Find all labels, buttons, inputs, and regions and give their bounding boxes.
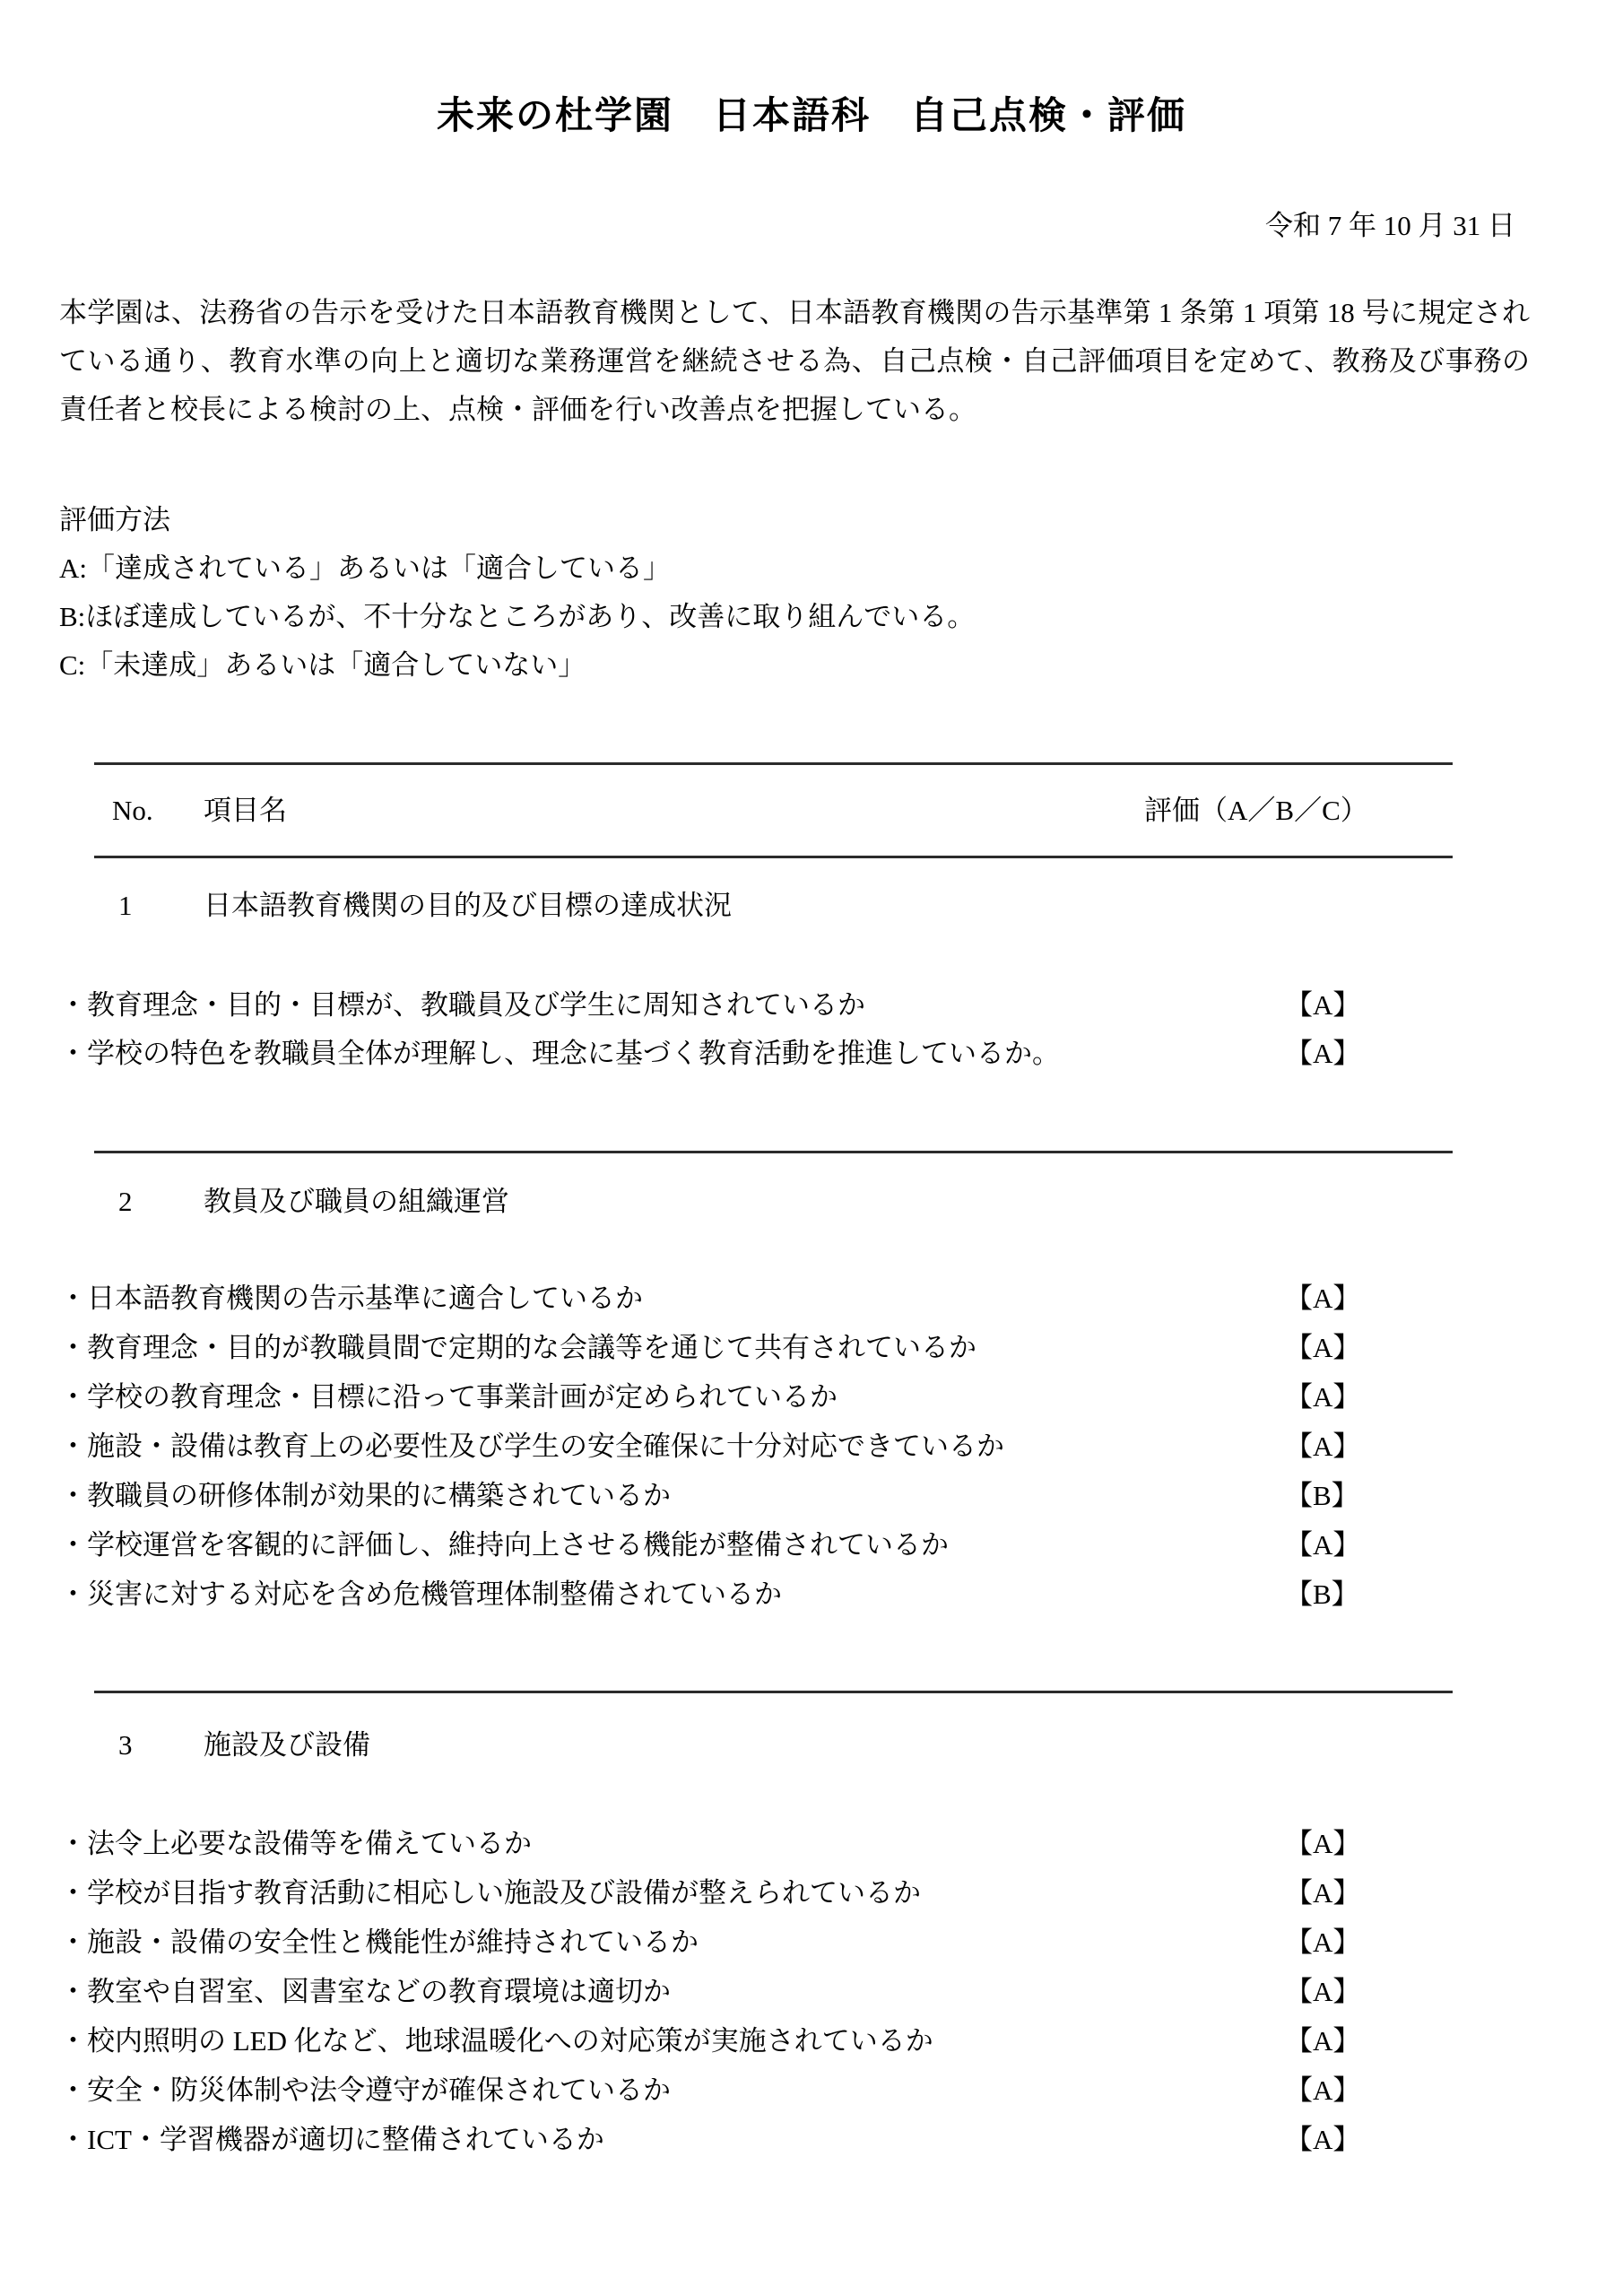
item-text: ・教育理念・目的・目標が、教職員及び学生に周知されているか <box>59 981 865 1030</box>
item-text: ・校内照明の LED 化など、地球温暖化への対応策が実施されているか <box>59 2017 933 2066</box>
item-rating: 【A】 <box>1285 981 1360 1030</box>
checklist-item-row: ・校内照明の LED 化など、地球温暖化への対応策が実施されているか 【A】 <box>0 2017 1623 2066</box>
col-no-label: No. <box>112 787 153 835</box>
checklist-item-row: ・学校の特色を教職員全体が理解し、理念に基づく教育活動を推進しているか。 【A】 <box>0 1030 1623 1078</box>
item-rating: 【A】 <box>1285 2017 1360 2066</box>
evaluation-method-line-b: B:ほぼ達成しているが、不十分なところがあり、改善に取り組んでいる。 <box>59 593 975 641</box>
section-row-3: 3 施設及び設備 <box>0 1721 1623 1770</box>
table-header-rule <box>94 856 1453 858</box>
checklist-item-row: ・教室や自習室、図書室などの教育環境は適切か 【A】 <box>0 1968 1623 2016</box>
section-divider-rule <box>94 1691 1453 1693</box>
section-no: 2 <box>118 1178 133 1226</box>
item-text: ・学校の教育理念・目標に沿って事業計画が定められているか <box>59 1373 838 1422</box>
checklist-item-row: ・教育理念・目的が教職員間で定期的な会議等を通じて共有されているか 【A】 <box>0 1324 1623 1372</box>
section-row-2: 2 教員及び職員の組織運営 <box>0 1178 1623 1226</box>
item-text: ・災害に対する対応を含め危機管理体制整備されているか <box>59 1570 782 1619</box>
checklist-item-row: ・日本語教育機関の告示基準に適合しているか 【A】 <box>0 1274 1623 1323</box>
document-page: 未来の杜学園 日本語科 自己点検・評価 令和 7 年 10 月 31 日 本学園… <box>0 0 1623 2296</box>
checklist-item-row: ・教育理念・目的・目標が、教職員及び学生に周知されているか 【A】 <box>0 981 1623 1030</box>
document-title: 未来の杜学園 日本語科 自己点検・評価 <box>0 90 1623 143</box>
checklist-item-row: ・学校の教育理念・目標に沿って事業計画が定められているか 【A】 <box>0 1373 1623 1422</box>
section-title: 教員及び職員の組織運営 <box>204 1178 509 1226</box>
col-rating-label: 評価（A／B／C） <box>1144 787 1368 835</box>
item-rating: 【B】 <box>1285 1472 1359 1520</box>
item-rating: 【A】 <box>1285 1521 1360 1570</box>
intro-paragraph: 本学園は、法務省の告示を受けた日本語教育機関として、日本語教育機関の告示基準第 … <box>59 289 1530 434</box>
item-rating: 【A】 <box>1285 1820 1360 1868</box>
item-rating: 【A】 <box>1285 1373 1360 1422</box>
item-rating: 【A】 <box>1285 1274 1360 1323</box>
item-text: ・日本語教育機関の告示基準に適合しているか <box>59 1274 643 1323</box>
checklist-item-row: ・学校運営を客観的に評価し、維持向上させる機能が整備されているか 【A】 <box>0 1521 1623 1570</box>
evaluation-method-line-c: C:「未達成」あるいは「適合していない」 <box>59 641 975 690</box>
item-rating: 【A】 <box>1285 2066 1360 2115</box>
section-title: 日本語教育機関の目的及び目標の達成状況 <box>204 882 732 930</box>
item-text: ・教職員の研修体制が効果的に構築されているか <box>59 1472 671 1520</box>
item-rating: 【A】 <box>1285 1918 1360 1967</box>
item-rating: 【A】 <box>1285 1968 1360 2016</box>
item-rating: 【A】 <box>1285 1869 1360 1918</box>
item-rating: 【A】 <box>1285 2116 1360 2164</box>
checklist-item-row: ・教職員の研修体制が効果的に構築されているか 【B】 <box>0 1472 1623 1520</box>
item-text: ・教育理念・目的が教職員間で定期的な会議等を通じて共有されているか <box>59 1324 976 1372</box>
item-rating: 【A】 <box>1285 1324 1360 1372</box>
checklist-item-row: ・法令上必要な設備等を備えているか 【A】 <box>0 1820 1623 1868</box>
checklist-item-row: ・学校が目指す教育活動に相応しい施設及び設備が整えられているか 【A】 <box>0 1869 1623 1918</box>
item-text: ・教室や自習室、図書室などの教育環境は適切か <box>59 1968 671 2016</box>
section-no: 3 <box>118 1721 133 1770</box>
item-text: ・学校運営を客観的に評価し、維持向上させる機能が整備されているか <box>59 1521 949 1570</box>
checklist-item-row: ・災害に対する対応を含め危機管理体制整備されているか 【B】 <box>0 1570 1623 1619</box>
item-text: ・学校が目指す教育活動に相応しい施設及び設備が整えられているか <box>59 1869 921 1918</box>
table-header-row: No. 項目名 評価（A／B／C） <box>0 787 1623 835</box>
item-text: ・施設・設備は教育上の必要性及び学生の安全確保に十分対応できているか <box>59 1422 1004 1471</box>
evaluation-method-heading: 評価方法 <box>59 496 975 544</box>
item-rating: 【A】 <box>1285 1030 1360 1078</box>
checklist-item-row: ・ICT・学習機器が適切に整備されているか 【A】 <box>0 2116 1623 2164</box>
checklist-item-row: ・施設・設備の安全性と機能性が維持されているか 【A】 <box>0 1918 1623 1967</box>
item-text: ・施設・設備の安全性と機能性が維持されているか <box>59 1918 699 1967</box>
item-text: ・法令上必要な設備等を備えているか <box>59 1820 532 1868</box>
section-title: 施設及び設備 <box>204 1721 370 1770</box>
section-row-1: 1 日本語教育機関の目的及び目標の達成状況 <box>0 882 1623 930</box>
checklist-item-row: ・施設・設備は教育上の必要性及び学生の安全確保に十分対応できているか 【A】 <box>0 1422 1623 1471</box>
document-date: 令和 7 年 10 月 31 日 <box>1265 202 1515 250</box>
item-text: ・安全・防災体制や法令遵守が確保されているか <box>59 2066 671 2115</box>
item-text: ・学校の特色を教職員全体が理解し、理念に基づく教育活動を推進しているか。 <box>59 1030 1060 1078</box>
evaluation-method-block: 評価方法 A:「達成されている」あるいは「適合している」 B:ほぼ達成しているが… <box>59 496 975 690</box>
item-rating: 【A】 <box>1285 1422 1360 1471</box>
col-item-label: 項目名 <box>204 787 287 835</box>
evaluation-method-line-a: A:「達成されている」あるいは「適合している」 <box>59 544 975 593</box>
checklist-item-row: ・安全・防災体制や法令遵守が確保されているか 【A】 <box>0 2066 1623 2115</box>
item-text: ・ICT・学習機器が適切に整備されているか <box>59 2116 604 2164</box>
section-divider-rule <box>94 1151 1453 1153</box>
table-top-rule <box>94 762 1453 765</box>
section-no: 1 <box>118 882 133 930</box>
item-rating: 【B】 <box>1285 1570 1359 1619</box>
